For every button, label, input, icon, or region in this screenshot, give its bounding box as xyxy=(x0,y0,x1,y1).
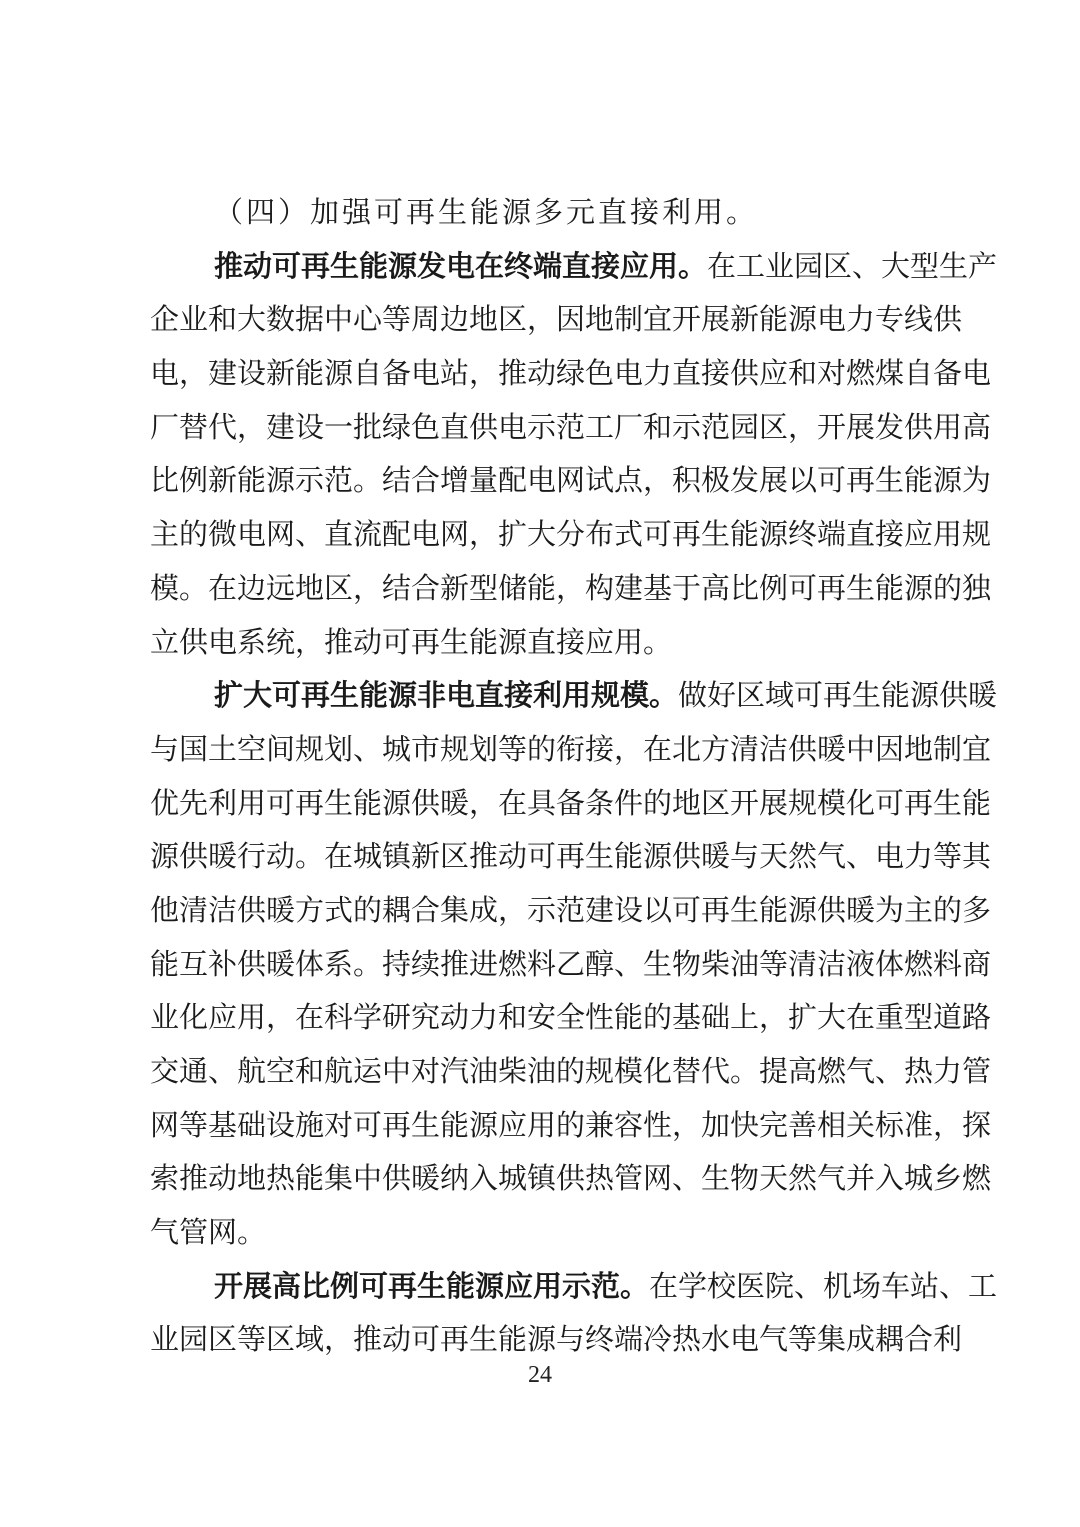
document-page: （四）加强可再生能源多元直接利用。 推动可再生能源发电在终端直接应用。在工业园区… xyxy=(150,186,934,1367)
paragraph-2-line-1: 扩大可再生能源非电直接利用规模。做好区域可再生能源供暖 xyxy=(150,669,934,723)
text-line: 比例新能源示范。结合增量配电网试点，积极发展以可再生能源为 xyxy=(150,454,934,508)
text-line: 他清洁供暖方式的耦合集成，示范建设以可再生能源供暖为主的多 xyxy=(150,884,934,938)
text-span: 做好区域可再生能源供暖 xyxy=(678,678,997,712)
text-line: 企业和大数据中心等周边地区，因地制宜开展新能源电力专线供 xyxy=(150,293,934,347)
section-heading: （四）加强可再生能源多元直接利用。 xyxy=(150,186,934,240)
text-line: 电，建设新能源自备电站，推动绿色电力直接供应和对燃煤自备电 xyxy=(150,347,934,401)
text-line: 业园区等区域，推动可再生能源与终端冷热水电气等集成耦合利 xyxy=(150,1313,934,1367)
paragraph-1-lead: 推动可再生能源发电在终端直接应用。 xyxy=(214,249,707,283)
paragraph-1-line-1: 推动可再生能源发电在终端直接应用。在工业园区、大型生产 xyxy=(150,240,934,294)
text-span: 在工业园区、大型生产 xyxy=(707,249,997,283)
text-span: 在学校医院、机场车站、工 xyxy=(649,1269,997,1303)
paragraph-3-line-1: 开展高比例可再生能源应用示范。在学校医院、机场车站、工 xyxy=(150,1260,934,1314)
text-line: 模。在边远地区，结合新型储能，构建基于高比例可再生能源的独 xyxy=(150,562,934,616)
text-line: 优先利用可再生能源供暖，在具备条件的地区开展规模化可再生能 xyxy=(150,777,934,831)
text-line: 网等基础设施对可再生能源应用的兼容性，加快完善相关标准，探 xyxy=(150,1099,934,1153)
text-line: 源供暖行动。在城镇新区推动可再生能源供暖与天然气、电力等其 xyxy=(150,830,934,884)
paragraph-3-lead: 开展高比例可再生能源应用示范。 xyxy=(214,1269,649,1303)
text-line: 主的微电网、直流配电网，扩大分布式可再生能源终端直接应用规 xyxy=(150,508,934,562)
text-line: 能互补供暖体系。持续推进燃料乙醇、生物柴油等清洁液体燃料商 xyxy=(150,938,934,992)
text-line: 立供电系统，推动可再生能源直接应用。 xyxy=(150,616,934,670)
text-line: 气管网。 xyxy=(150,1206,934,1260)
text-line: 与国土空间规划、城市规划等的衔接，在北方清洁供暖中因地制宜 xyxy=(150,723,934,777)
text-line: 交通、航空和航运中对汽油柴油的规模化替代。提高燃气、热力管 xyxy=(150,1045,934,1099)
paragraph-2-lead: 扩大可再生能源非电直接利用规模。 xyxy=(214,678,678,712)
text-line: 厂替代，建设一批绿色直供电示范工厂和示范园区，开展发供用高 xyxy=(150,401,934,455)
text-line: 业化应用，在科学研究动力和安全性能的基础上，扩大在重型道路 xyxy=(150,991,934,1045)
text-line: 索推动地热能集中供暖纳入城镇供热管网、生物天然气并入城乡燃 xyxy=(150,1152,934,1206)
page-number: 24 xyxy=(0,1362,1080,1389)
